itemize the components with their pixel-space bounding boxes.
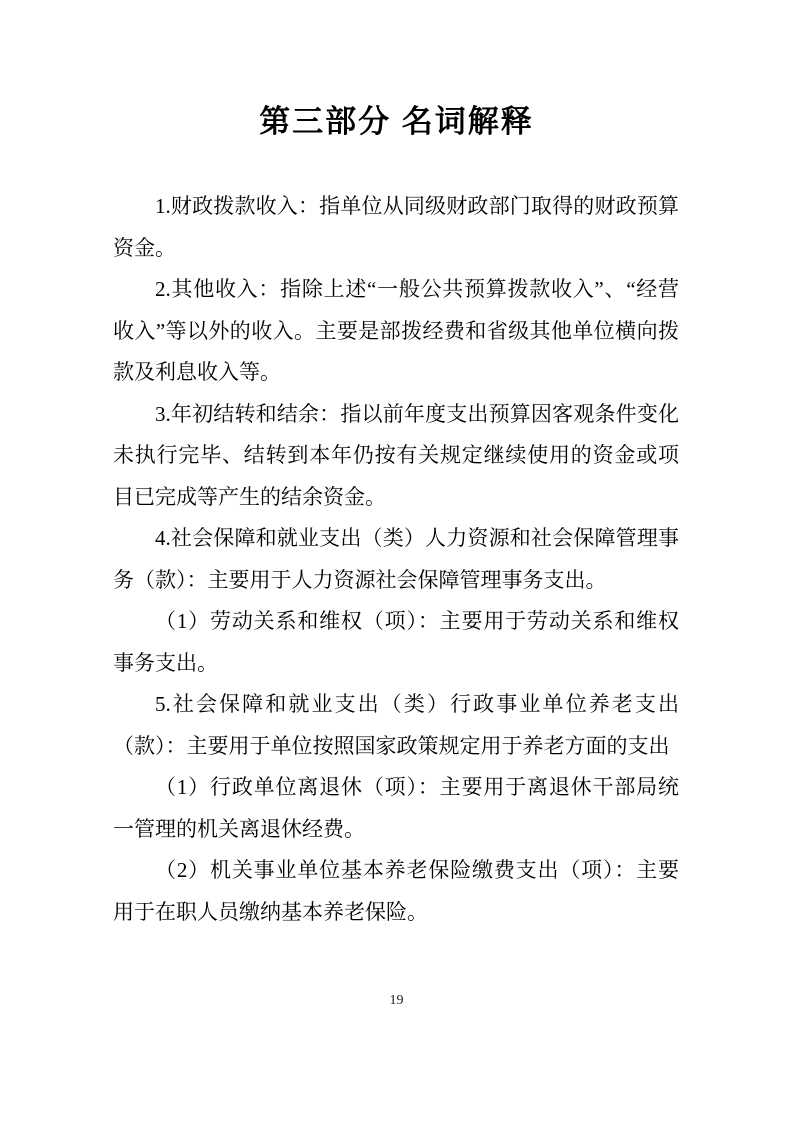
- paragraph-4: 4.社会保障和就业支出（类）人力资源和社会保障管理事务（款）：主要用于人力资源社…: [113, 518, 679, 601]
- paragraph-4-sub-1: （1）劳动关系和维权（项）：主要用于劳动关系和维权事务支出。: [113, 601, 679, 684]
- paragraph-2: 2.其他收入：指除上述“一般公共预算拨款收入”、“经营收入”等以外的收入。主要是…: [113, 269, 679, 394]
- paragraph-5-sub-1: （1）行政单位离退休（项）：主要用于离退休干部局统一管理的机关离退休经费。: [113, 767, 679, 850]
- document-body: 1.财政拨款收入：指单位从同级财政部门取得的财政预算资金。 2.其他收入：指除上…: [113, 186, 679, 933]
- paragraph-5-sub-2: （2）机关事业单位基本养老保险缴费支出（项）：主要用于在职人员缴纳基本养老保险。: [113, 850, 679, 933]
- paragraph-5: 5.社会保障和就业支出（类）行政事业单位养老支出（款）：主要用于单位按照国家政策…: [113, 684, 679, 767]
- page-number: 19: [0, 993, 793, 1009]
- document-page: 第三部分 名词解释 1.财政拨款收入：指单位从同级财政部门取得的财政预算资金。 …: [0, 0, 793, 1122]
- paragraph-1: 1.财政拨款收入：指单位从同级财政部门取得的财政预算资金。: [113, 186, 679, 269]
- page-title: 第三部分 名词解释: [0, 96, 793, 141]
- paragraph-3: 3.年初结转和结余：指以前年度支出预算因客观条件变化未执行完毕、结转到本年仍按有…: [113, 394, 679, 519]
